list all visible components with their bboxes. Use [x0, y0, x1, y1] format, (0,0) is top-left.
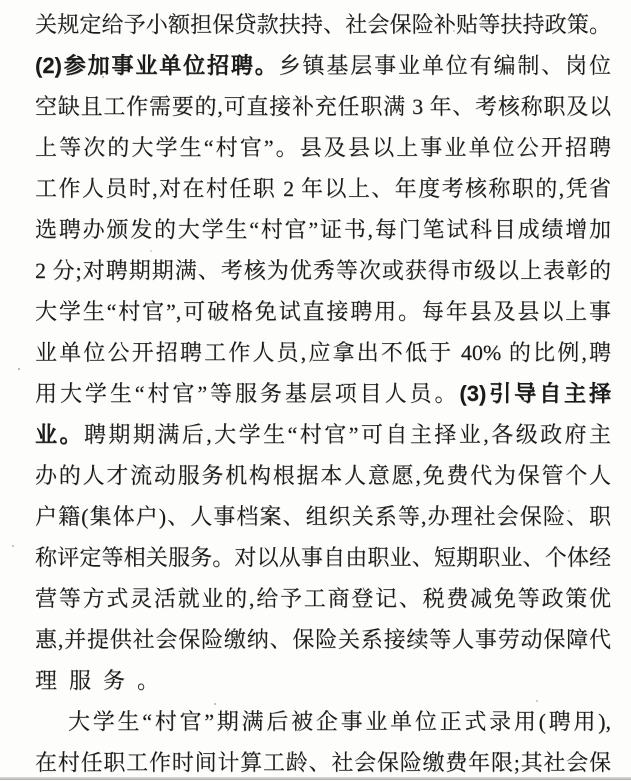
text-line: 业单位公开招聘工作人员,应拿出不低于 40% 的比例,聘 — [35, 332, 611, 373]
text-line: 上等次的大学生“村官”。县及县以上事业单位公开招聘 — [35, 127, 611, 168]
text-line: 在村任职工作时间计算工龄、社会保险缴费年限;其社会保 — [35, 742, 611, 781]
text-run: 在村任职工作时间计算工龄、社会保险缴费年限;其社会保 — [35, 750, 611, 775]
text-line: 办的人才流动服务机构根据本人意愿,免费代为保管个人 — [35, 455, 611, 496]
text-run: 工作人员时,对在村任职 2 年以上、年度考核称职的,凭省 — [35, 176, 611, 201]
text-run: 大学生“村官”,可破格免试直接聘用。每年县及县以上事 — [35, 299, 611, 324]
text-run: 营等方式灵活就业的,给予工商登记、税费减免等政策优 — [35, 586, 611, 611]
text-run-bold: 业。 — [35, 422, 84, 447]
text-line-paragraph-start: 大学生“村官”期满后被企事业单位正式录用(聘用), — [35, 701, 611, 742]
text-line: 用大学生“村官”等服务基层项目人员。(3)引导自主择 — [35, 373, 611, 414]
text-line: (2)参加事业单位招聘。乡镇基层事业单位有编制、岗位 — [35, 45, 611, 86]
text-line: 惠,并提供社会保险缴纳、保险关系接续等人事劳动保障代 — [35, 619, 611, 660]
text-line: 户籍(集体户)、人事档案、组织关系等,办理社会保险、职 — [35, 496, 611, 537]
scan-bottom-edge-artifact — [0, 777, 631, 780]
text-run-bold: (3)引导自主择 — [459, 381, 611, 406]
text-line: 大学生“村官”,可破格免试直接聘用。每年县及县以上事 — [35, 291, 611, 332]
text-line: 称评定等相关服务。对以从事自由职业、短期职业、个体经 — [35, 537, 611, 578]
body-text-block: 关规定给予小额担保贷款扶持、社会保险补贴等扶持政策。 (2)参加事业单位招聘。乡… — [35, 4, 611, 781]
text-run: 空缺且工作需要的,可直接补充任职满 3 年、考核称职及以 — [35, 94, 611, 119]
text-line: 2 分;对聘期期满、考核为优秀等次或获得市级以上表彰的 — [35, 250, 611, 291]
text-run-bold: (2)参加事业单位招聘。 — [35, 53, 279, 78]
text-run: 选聘办颁发的大学生“村官”证书,每门笔试科目成绩增加 — [35, 217, 611, 242]
text-run: 2 分;对聘期期满、考核为优秀等次或获得市级以上表彰的 — [35, 258, 611, 283]
text-line: 空缺且工作需要的,可直接补充任职满 3 年、考核称职及以 — [35, 86, 611, 127]
text-run: 户籍(集体户)、人事档案、组织关系等,办理社会保险、职 — [35, 504, 611, 529]
text-line: 关规定给予小额担保贷款扶持、社会保险补贴等扶持政策。 — [35, 4, 611, 45]
text-run: 关规定给予小额担保贷款扶持、社会保险补贴等扶持政策。 — [35, 12, 611, 37]
text-line-paragraph-end: 理服务。 — [35, 660, 611, 701]
text-run: 办的人才流动服务机构根据本人意愿,免费代为保管个人 — [35, 463, 611, 488]
scan-noise-specks — [0, 0, 2, 2]
text-line: 营等方式灵活就业的,给予工商登记、税费减免等政策优 — [35, 578, 611, 619]
text-line: 业。聘期期满后,大学生“村官”可自主择业,各级政府主 — [35, 414, 611, 455]
text-run: 上等次的大学生“村官”。县及县以上事业单位公开招聘 — [35, 135, 611, 160]
text-line: 选聘办颁发的大学生“村官”证书,每门笔试科目成绩增加 — [35, 209, 611, 250]
text-run: 用大学生“村官”等服务基层项目人员。 — [35, 381, 459, 406]
text-run: 乡镇基层事业单位有编制、岗位 — [279, 53, 611, 78]
text-run: 业单位公开招聘工作人员,应拿出不低于 40% 的比例,聘 — [35, 340, 611, 365]
text-run: 聘期期满后,大学生“村官”可自主择业,各级政府主 — [84, 422, 611, 447]
text-run: 大学生“村官”期满后被企事业单位正式录用(聘用), — [68, 709, 611, 734]
text-run: 理服务。 — [35, 668, 171, 693]
text-run: 称评定等相关服务。对以从事自由职业、短期职业、个体经 — [35, 545, 611, 570]
scanned-page: 关规定给予小额担保贷款扶持、社会保险补贴等扶持政策。 (2)参加事业单位招聘。乡… — [0, 0, 631, 781]
text-line: 工作人员时,对在村任职 2 年以上、年度考核称职的,凭省 — [35, 168, 611, 209]
text-run: 惠,并提供社会保险缴纳、保险关系接续等人事劳动保障代 — [35, 627, 611, 652]
